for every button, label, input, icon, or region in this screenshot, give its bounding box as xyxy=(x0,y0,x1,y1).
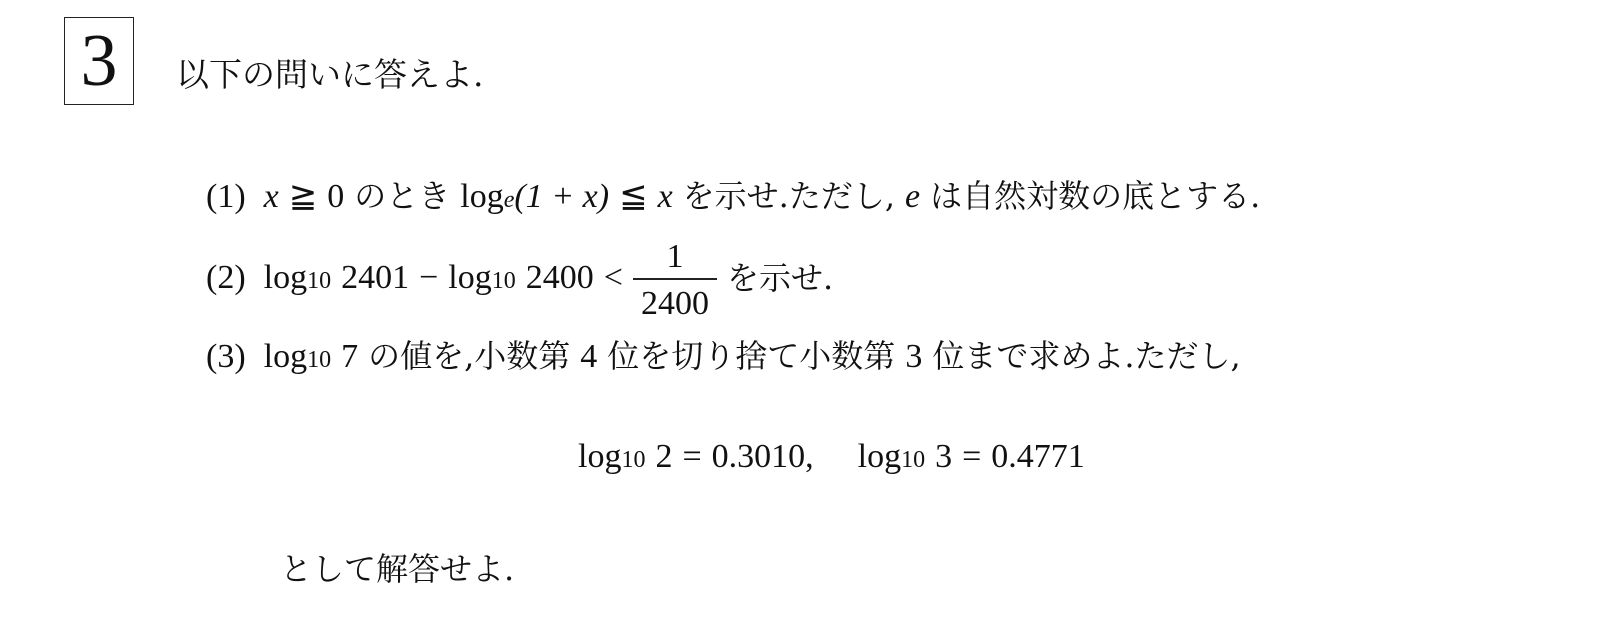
minus-symbol: − xyxy=(419,261,438,295)
var-x: x xyxy=(264,180,279,214)
fraction: 1 2400 xyxy=(633,238,717,322)
log-argument: (1 + x) xyxy=(514,180,609,214)
given-values: log10 2 = 0.3010, log10 3 = 0.4771 xyxy=(578,440,1085,474)
geq-symbol: ≧ xyxy=(289,180,318,214)
log-argument: 3 xyxy=(935,440,952,474)
fraction-numerator: 1 xyxy=(666,238,683,275)
text-value-of: の値を,小数第 xyxy=(368,340,570,372)
closing-text: として解答せよ. xyxy=(280,553,514,585)
log-argument: 2 xyxy=(655,440,672,474)
text-show: を示せ.ただし, xyxy=(683,180,895,212)
lt-symbol: < xyxy=(604,261,623,295)
text-notoki: のとき xyxy=(354,180,450,212)
log3-value: 0.4771 xyxy=(991,440,1085,474)
log-argument: 7 xyxy=(341,340,358,374)
digit-place-4: 4 xyxy=(580,340,597,374)
log-func: log xyxy=(460,180,503,214)
question-3-label: (3) xyxy=(206,340,246,374)
problem-intro: 以下の問いに答えよ. xyxy=(176,58,484,91)
problem-number-box: 3 xyxy=(64,17,134,105)
var-e: e xyxy=(905,180,920,214)
zero: 0 xyxy=(327,180,344,214)
digit-place-3: 3 xyxy=(905,340,922,374)
text-truncate: 位を切り捨て小数第 xyxy=(607,340,895,372)
text-show: を示せ. xyxy=(727,262,833,294)
log2-value: 0.3010, xyxy=(712,440,814,474)
var-x: x xyxy=(658,180,673,214)
fraction-bar xyxy=(633,278,717,280)
log-argument: 2401 xyxy=(341,261,409,295)
log-func: log xyxy=(858,440,901,474)
leq-symbol: ≦ xyxy=(619,180,648,214)
log-func: log xyxy=(264,261,307,295)
text-find-until: 位まで求めよ.ただし, xyxy=(932,340,1240,372)
log-func: log xyxy=(264,340,307,374)
question-3: (3) log10 7 の値を,小数第 4 位を切り捨て小数第 3 位まで求めよ… xyxy=(206,340,1241,374)
problem-number: 3 xyxy=(81,24,118,98)
question-1-label: (1) xyxy=(206,180,246,214)
closing-instruction: として解答せよ. xyxy=(280,553,514,585)
equals-symbol: = xyxy=(682,440,701,474)
equals-symbol: = xyxy=(962,440,981,474)
question-1: (1) x ≧ 0 のとき loge (1 + x) ≦ x を示せ.ただし, … xyxy=(206,180,1260,214)
text-natural-log-base: は自然対数の底とする. xyxy=(930,180,1260,212)
log-func: log xyxy=(448,261,491,295)
log-func: log xyxy=(578,440,621,474)
log-argument: 2400 xyxy=(526,261,594,295)
fraction-denominator: 2400 xyxy=(641,285,709,322)
question-2: (2) log10 2401 − log10 2400 < 1 2400 を示せ… xyxy=(206,236,833,320)
question-2-label: (2) xyxy=(206,261,246,295)
